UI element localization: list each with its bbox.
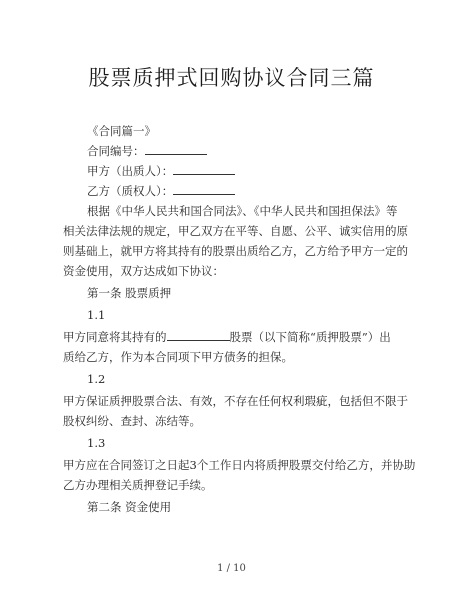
article-2-heading: 第二条 资金使用 [87, 500, 171, 514]
party-b-field: 乙方（质权人）： [87, 184, 235, 198]
party-a-field: 甲方（出质人）： [87, 164, 235, 178]
preamble-line: 则基础上，就甲方将其持有的股票出质给乙方，乙方给予甲方一定的 [63, 244, 408, 258]
clause-1-2-number: 1.2 [87, 372, 105, 386]
preamble-line: 根据《中华人民共和国合同法》、《中华人民共和国担保法》等 [87, 204, 398, 218]
party-b-blank [173, 184, 235, 195]
section-label: 《合同篇一》 [87, 124, 156, 138]
page-indicator: 1 / 10 [0, 563, 463, 574]
clause-1-3-line: 甲方应在合同签订之日起3个工作日内将质押股票交付给乙方，并协助 [63, 458, 415, 472]
contract-no-field: 合同编号： [87, 144, 207, 158]
document-title: 股票质押式回购协议合同三篇 [0, 62, 463, 92]
clause-1-1-text-a: 甲方同意将其持有的 [63, 330, 167, 344]
document-page: 股票质押式回购协议合同三篇 《合同篇一》 合同编号： 甲方（出质人）： 乙方（质… [0, 0, 463, 600]
contract-no-label: 合同编号： [87, 144, 145, 158]
clause-1-1-text-b: 股票（以下简称“质押股票”）出 [230, 330, 391, 344]
clause-1-3-number: 1.3 [87, 436, 105, 450]
party-a-label: 甲方（出质人）： [87, 164, 173, 178]
clause-1-2-line: 股权纠纷、查封、冻结等。 [63, 414, 201, 428]
party-a-blank [173, 164, 235, 175]
clause-1-1-line: 质给乙方，作为本合同项下甲方债务的担保。 [63, 350, 293, 364]
article-1-heading: 第一条 股票质押 [87, 286, 171, 300]
clause-1-2-line: 甲方保证质押股票合法、有效，不存在任何权利瑕疵，包括但不限于 [63, 394, 408, 408]
party-b-label: 乙方（质权人）： [87, 184, 173, 198]
clause-1-1-line: 甲方同意将其持有的股票（以下简称“质押股票”）出 [63, 330, 391, 344]
clause-1-1-number: 1.1 [87, 308, 105, 322]
preamble-line: 资金使用，双方达成如下协议： [63, 264, 224, 278]
preamble-line: 相关法律法规的规定，甲乙双方在平等、自愿、公平、诚实信用的原 [63, 224, 408, 238]
clause-1-3-line: 乙方办理相关质押登记手续。 [63, 478, 213, 492]
contract-no-blank [145, 144, 207, 155]
stock-name-blank [167, 330, 230, 341]
